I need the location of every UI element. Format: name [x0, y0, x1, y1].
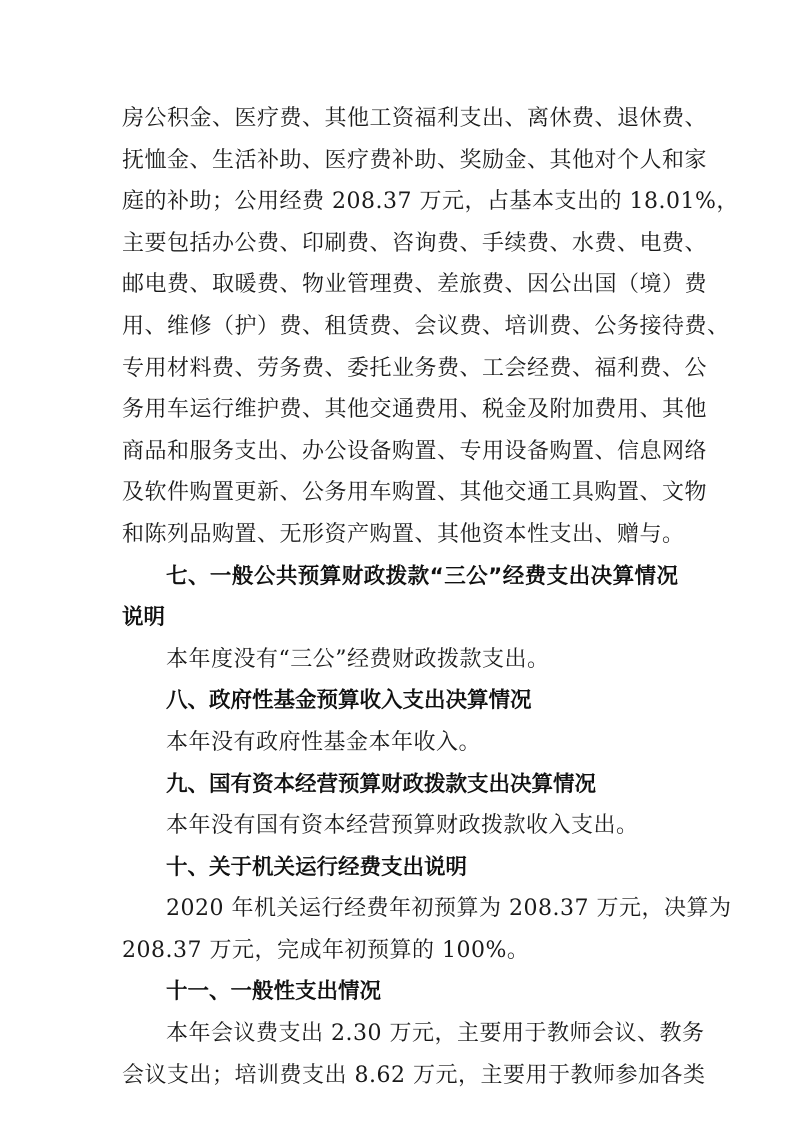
text-line: 邮电费、取暖费、物业管理费、差旅费、因公出国（境）费: [122, 264, 678, 306]
document-page: 房公积金、医疗费、其他工资福利支出、离休费、退休费、 抚恤金、生活补助、医疗费补…: [122, 98, 678, 1096]
text-line: 务用车运行维护费、其他交通费用、税金及附加费用、其他: [122, 389, 678, 431]
section-state-capital: 九、国有资本经营预算财政拨款支出决算情况 本年没有国有资本经营预算财政拨款收入支…: [122, 764, 678, 847]
text-line: 用、维修（护）费、租赁费、会议费、培训费、公务接待费、: [122, 306, 678, 348]
text-line: 商品和服务支出、办公设备购置、专用设备购置、信息网络: [122, 431, 678, 473]
text-line: 专用材料费、劳务费、委托业务费、工会经费、福利费、公: [122, 348, 678, 390]
section-government-fund: 八、政府性基金预算收入支出决算情况 本年没有政府性基金本年收入。: [122, 680, 678, 763]
section-general-expenses: 十一、一般性支出情况 本年会议费支出 2.30 万元，主要用于教师会议、教务 会…: [122, 971, 678, 1096]
section-body: 本年没有国有资本经营预算财政拨款收入支出。: [122, 805, 678, 847]
text-line: 抚恤金、生活补助、医疗费补助、奖励金、其他对个人和家: [122, 140, 678, 182]
section-body: 本年没有政府性基金本年收入。: [122, 722, 678, 764]
section-heading: 八、政府性基金预算收入支出决算情况: [122, 680, 678, 722]
section-heading: 十、关于机关运行经费支出说明: [122, 847, 678, 889]
text-line: 和陈列品购置、无形资产购置、其他资本性支出、赠与。: [122, 514, 678, 556]
text-line: 庭的补助；公用经费 208.37 万元，占基本支出的 18.01%，: [122, 181, 678, 223]
section-body: 本年度没有“三公”经费财政拨款支出。: [122, 639, 678, 681]
section-body: 本年会议费支出 2.30 万元，主要用于教师会议、教务: [122, 1013, 678, 1055]
section-heading-continued: 说明: [122, 597, 678, 639]
section-body: 208.37 万元，完成年初预算的 100%。: [122, 930, 678, 972]
text-line: 房公积金、医疗费、其他工资福利支出、离休费、退休费、: [122, 98, 678, 140]
section-heading: 十一、一般性支出情况: [122, 971, 678, 1013]
section-body: 会议支出；培训费支出 8.62 万元，主要用于教师参加各类: [122, 1055, 678, 1097]
continuation-paragraph: 房公积金、医疗费、其他工资福利支出、离休费、退休费、 抚恤金、生活补助、医疗费补…: [122, 98, 678, 556]
section-heading: 九、国有资本经营预算财政拨款支出决算情况: [122, 764, 678, 806]
text-line: 及软件购置更新、公务用车购置、其他交通工具购置、文物: [122, 472, 678, 514]
section-three-public-expenses: 七、一般公共预算财政拨款“三公”经费支出决算情况 说明 本年度没有“三公”经费财…: [122, 556, 678, 681]
section-body: 2020 年机关运行经费年初预算为 208.37 万元，决算为: [122, 888, 678, 930]
text-line: 主要包括办公费、印刷费、咨询费、手续费、水费、电费、: [122, 223, 678, 265]
section-heading: 七、一般公共预算财政拨款“三公”经费支出决算情况: [122, 556, 678, 598]
section-operating-expenses: 十、关于机关运行经费支出说明 2020 年机关运行经费年初预算为 208.37 …: [122, 847, 678, 972]
